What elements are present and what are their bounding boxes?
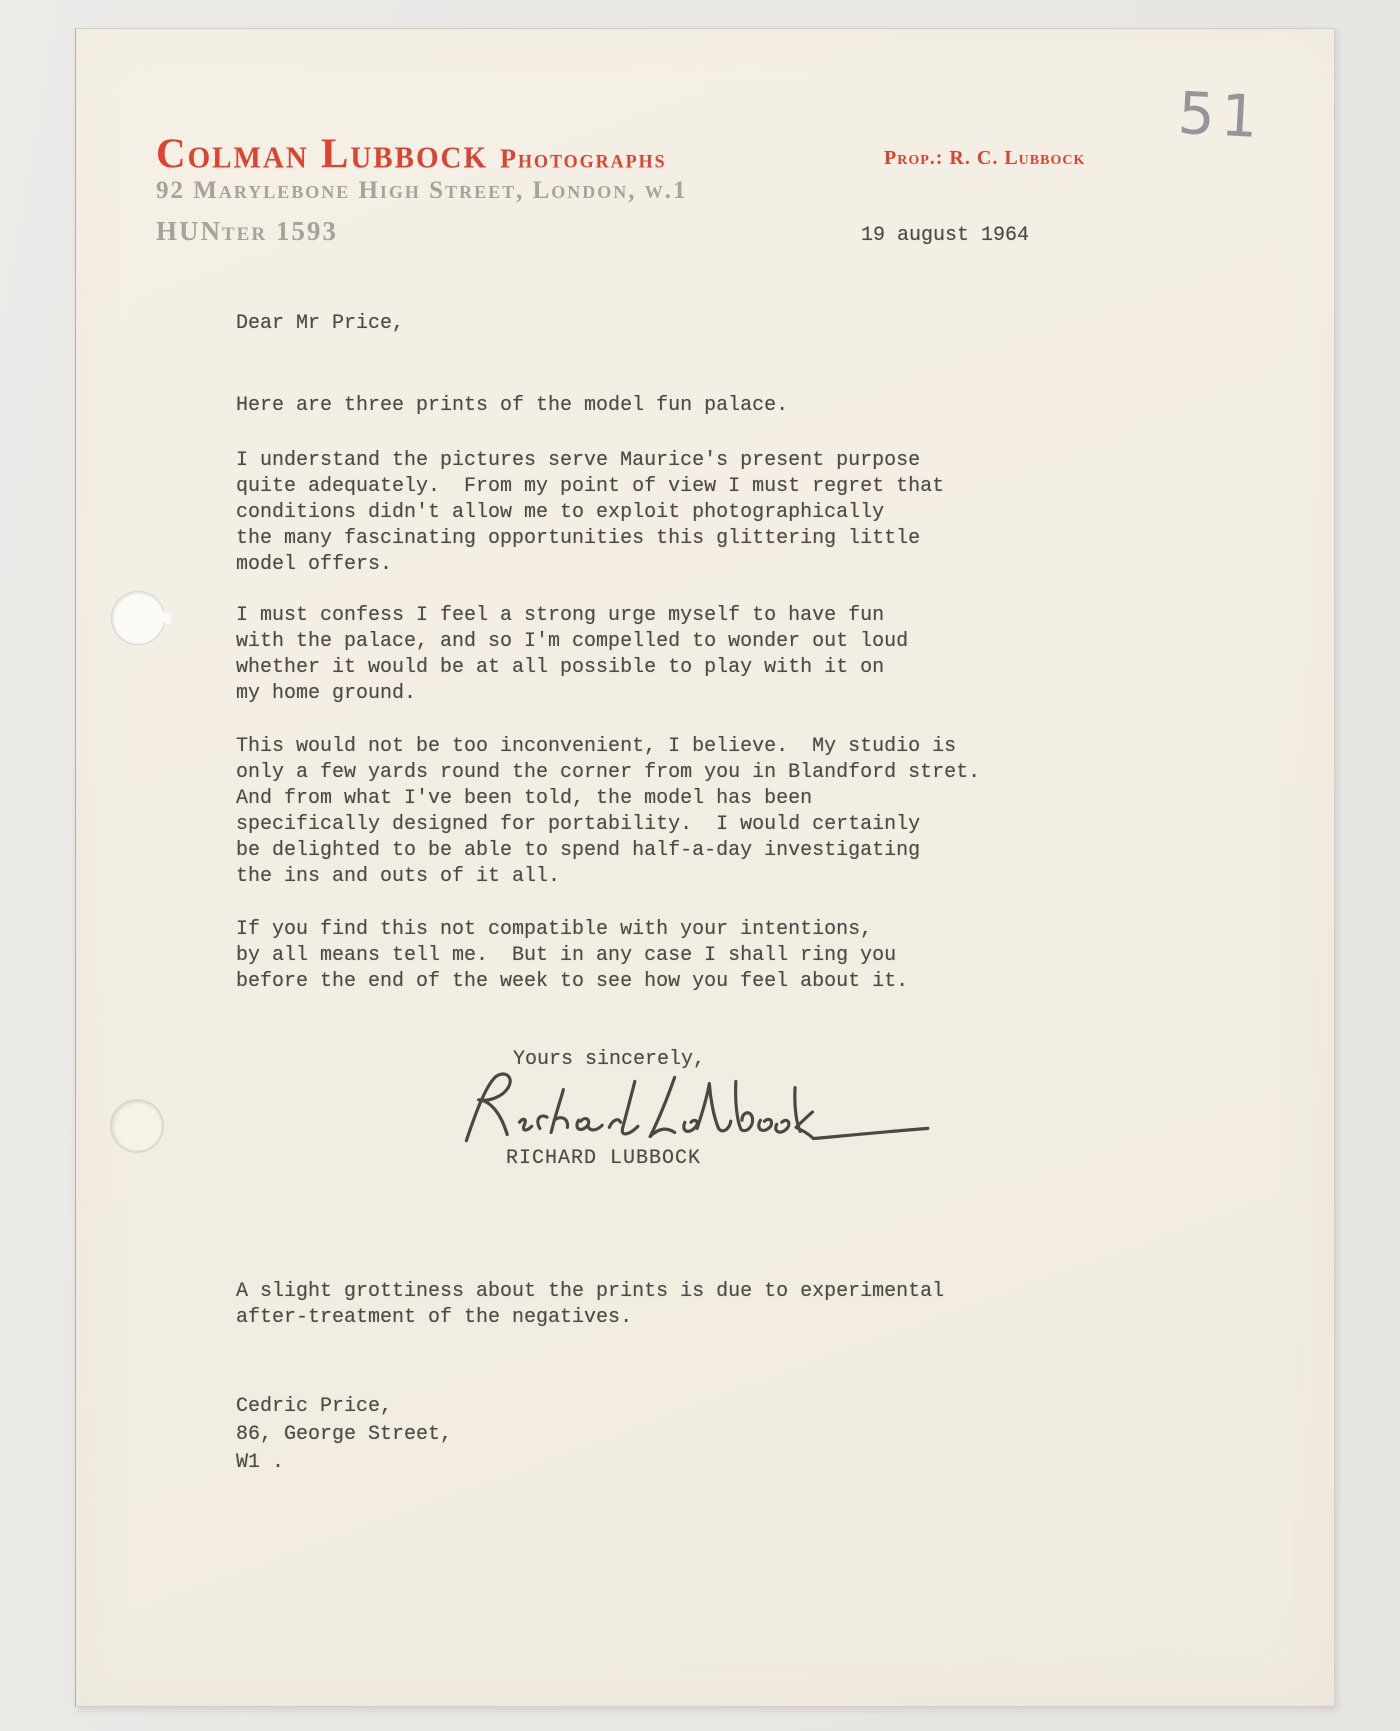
salutation: Dear Mr Price,	[236, 311, 404, 337]
hole-punch	[110, 1099, 164, 1153]
letterhead-telephone: HUNter 1593	[156, 216, 338, 247]
signature-strokes	[448, 1069, 938, 1151]
paragraph: This would not be too inconvenient, I be…	[236, 734, 980, 890]
handwritten-signature	[448, 1069, 938, 1151]
company-suffix-text: Photographs	[500, 144, 667, 174]
scanned-letter-page: { "annotation": { "page_number": "51" },…	[0, 0, 1400, 1731]
company-name: Colman LubbockPhotographs	[156, 128, 667, 178]
postscript: A slight grottiness about the prints is …	[236, 1279, 944, 1331]
paragraph: I understand the pictures serve Maurice'…	[236, 448, 944, 578]
paragraph: Here are three prints of the model fun p…	[236, 393, 788, 419]
letter-paper: Colman LubbockPhotographs Prop.: R. C. L…	[75, 28, 1335, 1707]
typed-signature-name: RICHARD LUBBOCK	[506, 1146, 701, 1172]
paragraph: If you find this not compatible with you…	[236, 917, 908, 995]
handwritten-page-number: 51	[1176, 79, 1265, 151]
paragraph: I must confess I feel a strong urge myse…	[236, 603, 908, 707]
letterhead-address: 92 Marylebone High Street, London, w.1	[156, 177, 688, 205]
proprietor-line: Prop.: R. C. Lubbock	[884, 147, 1085, 170]
recipient-address: Cedric Price, 86, George Street, W1 .	[236, 1393, 452, 1477]
company-name-text: Colman Lubbock	[156, 129, 488, 177]
letter-date: 19 august 1964	[861, 223, 1029, 249]
hole-punch	[111, 591, 165, 645]
